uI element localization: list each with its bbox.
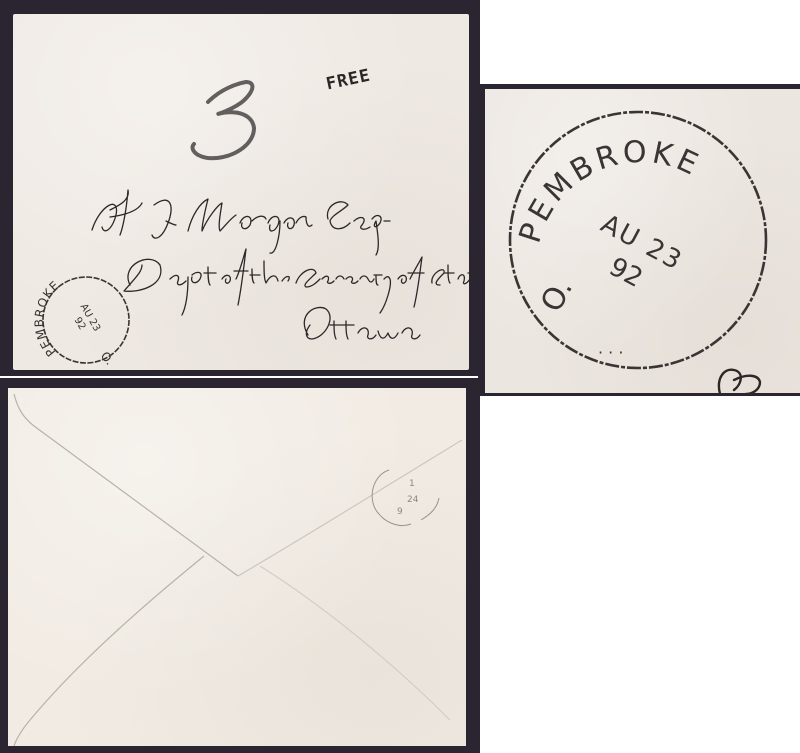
back-postmark-year: 9 — [397, 507, 403, 517]
enlarged-postmark: PEMBROKE AU 23 92 O. · · · — [498, 100, 778, 380]
enlarged-handwriting-fragment — [712, 360, 800, 394]
front-postmark: PEMBROKE AU 23 92 O. — [38, 272, 134, 368]
rate-marking-3 — [180, 70, 270, 170]
front-postmark-province: O. — [98, 349, 117, 368]
svg-text:1: 1 — [409, 479, 415, 489]
address-handwriting — [80, 175, 480, 355]
enlarged-postmark-province: O. — [534, 273, 580, 318]
envelope-flaps — [0, 380, 480, 753]
svg-text:· · ·: · · · — [598, 343, 623, 362]
back-receiving-postmark: 1 24 9 — [365, 462, 449, 534]
back-postmark-date: 24 — [407, 495, 419, 505]
